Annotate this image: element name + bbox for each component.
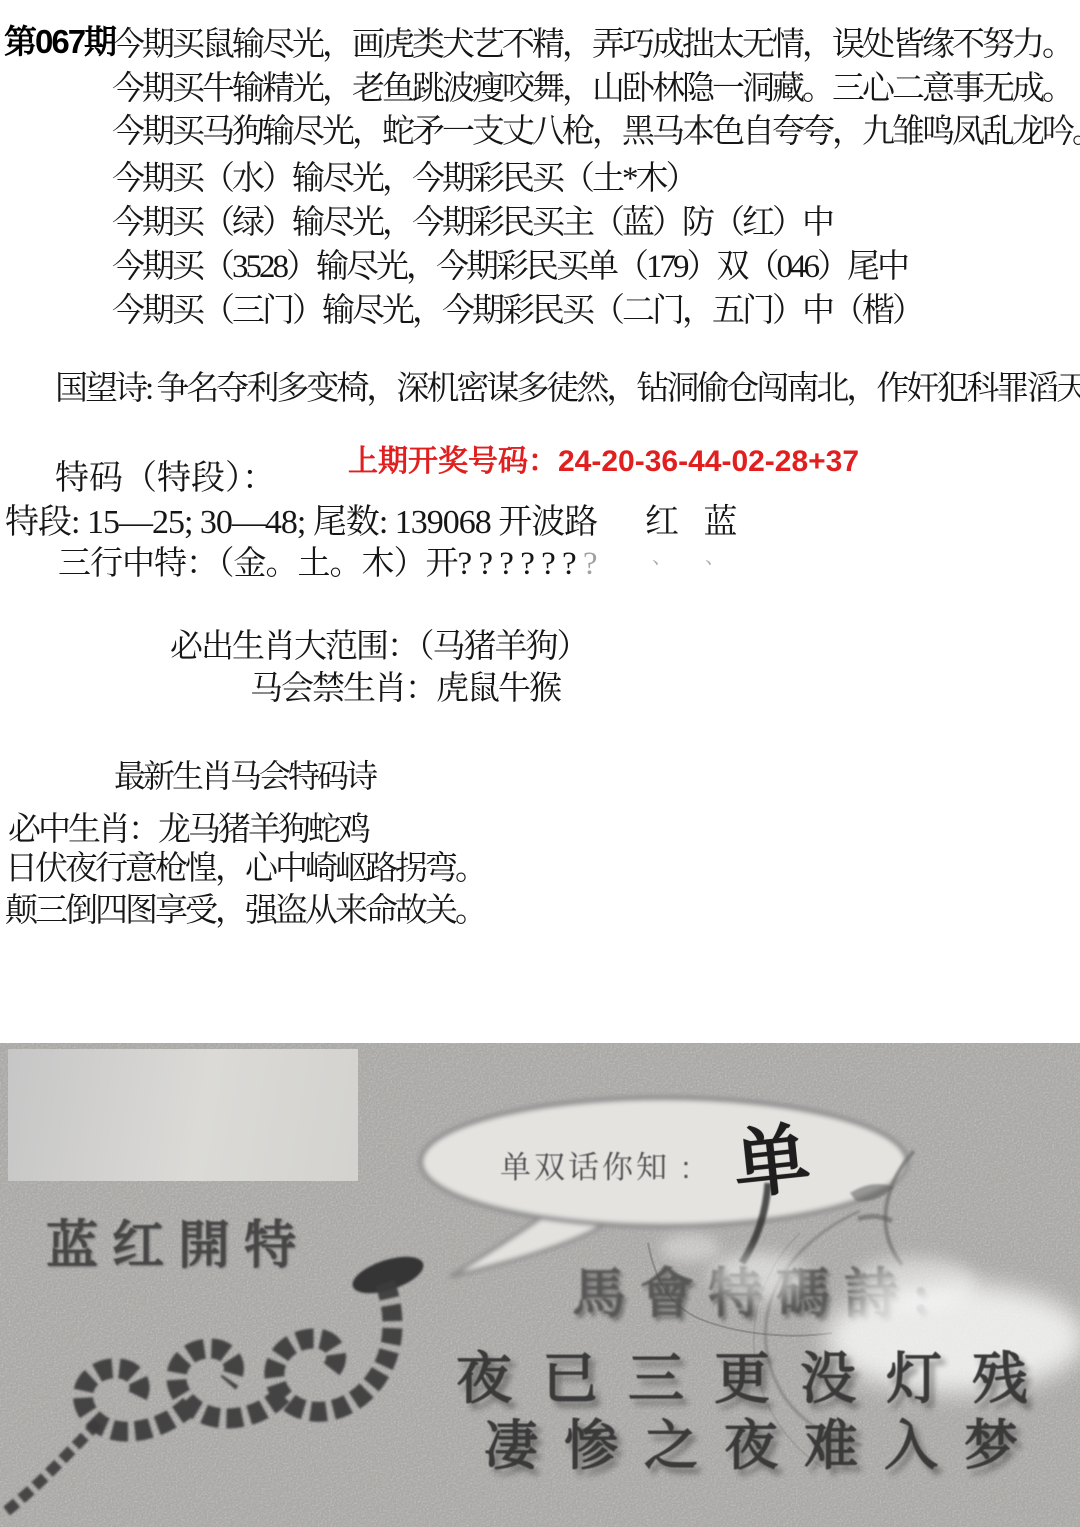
last-draw-numbers: 上期开奖号码：24-20-36-44-02-28+37 xyxy=(348,436,859,480)
footer-artwork: 蓝红開特 单双话你知 : 单 馬會特碼詩: 夜已三更没灯残 凄惨之夜难入梦 xyxy=(0,1043,1080,1527)
bichu-zodiac-line: 必出生肖大范围：（马猪羊狗） xyxy=(170,620,588,667)
erasure-smudge xyxy=(620,488,646,536)
faint-question-mark: ? xyxy=(583,546,597,582)
tip-line-1: 今期买鼠输尽光，画虎类犬艺不精，弄巧成拙太无情，误处皆缘不努力。 xyxy=(112,18,1072,65)
last-draw-value: 24-20-36-44-02-28+37 xyxy=(558,445,859,478)
left-caption: 蓝红開特 xyxy=(46,1203,310,1278)
snake-icon xyxy=(4,1249,428,1513)
forbidden-zodiac-line: 马会禁生肖：虎鼠牛猴 xyxy=(250,662,560,709)
tip-line-5: 今期买（绿）输尽光，今期彩民买主（蓝）防（红）中 xyxy=(112,196,832,243)
last-draw-label: 上期开奖号码： xyxy=(348,445,558,478)
lottery-tip-sheet: 第067期 今期买鼠输尽光，画虎类犬艺不精，弄巧成拙太无情，误处皆缘不努力。 今… xyxy=(0,0,1080,1527)
tip-line-2: 今期买牛输精光，老鱼跳波瘦咬舞，山卧林隐一洞藏。三心二意事无成。 xyxy=(112,62,1072,109)
tip-line-3: 今期买马狗输尽光，蛇矛一支丈八枪，黑马本色自夸夸，九雏鸣凤乱龙吟。 xyxy=(112,105,1080,152)
tip-line-7: 今期买（三门）输尽光，今期彩民买（二门，五门）中（楷） xyxy=(112,284,922,331)
zodiac-poem-line-2: 颠三倒四图享受，强盗从来命故关。 xyxy=(5,884,485,931)
bubble-label: 单双话你知 : xyxy=(500,1142,693,1187)
tip-line-6: 今期买（3528）输尽光，今期彩民买单（179）双（046）尾中 xyxy=(112,240,907,287)
white-wash-blob-small xyxy=(710,1253,806,1301)
zodiac-poem-title: 最新生肖马会特码诗 xyxy=(114,751,375,797)
wave-colors: 红 蓝 xyxy=(645,494,746,543)
tip-line-4: 今期买（水）输尽光，今期彩民买（土*木） xyxy=(112,152,696,199)
tema-label: 特码（特段）： xyxy=(55,450,276,499)
stray-marks: 、 、 xyxy=(652,540,739,569)
bubble-answer: 单 xyxy=(728,1097,815,1213)
white-wash-blob-small xyxy=(853,1257,977,1309)
verse-line-2: 凄惨之夜难入梦 xyxy=(484,1403,1044,1480)
sanhang-line: 三行中特：（金。土。木）开? ? ? ? ? ? ? xyxy=(58,537,597,584)
guowang-poem-line: 国望诗: 争名夺利多变椅，深机密谋多徒然，钻洞偷仓闯南北，作奸犯科罪滔天。 xyxy=(55,362,1080,409)
teduan-line: 特段: 15—25; 30—48; 尾数: 139068 开波路 xyxy=(5,494,597,543)
zodiac-poem-line-1: 日伏夜行意枪惶，心中崎岖路拐弯。 xyxy=(5,842,485,889)
white-wash-blob-small xyxy=(660,1234,720,1262)
period-label: 第067期 xyxy=(4,16,115,63)
